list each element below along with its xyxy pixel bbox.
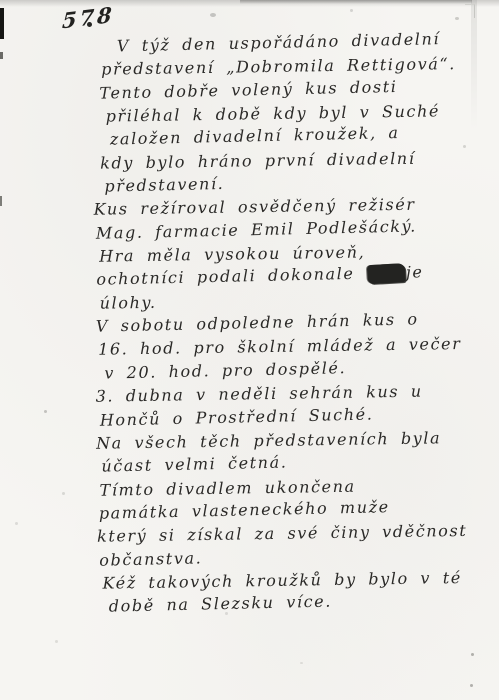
handwritten-text-block: V týž den uspořádáno divadelní představe… xyxy=(0,33,499,622)
corner-smudge xyxy=(465,4,475,18)
dust-speck xyxy=(15,522,18,525)
dust-speck xyxy=(62,492,65,495)
dust-speck xyxy=(470,684,473,687)
dust-speck xyxy=(455,17,459,20)
left-edge-mark xyxy=(0,196,2,206)
scan-shadow-top-dark xyxy=(240,0,472,4)
dust-speck xyxy=(44,410,47,413)
crossed-out-word: svo xyxy=(367,264,406,285)
page-number: 578 xyxy=(62,2,116,34)
dust-speck xyxy=(236,40,239,43)
ink-dot xyxy=(87,22,92,27)
dust-speck xyxy=(210,13,216,17)
scanned-page: 578 V týž den uspořádáno divadelní předs… xyxy=(0,0,499,700)
dust-speck xyxy=(300,662,303,664)
dust-speck xyxy=(463,145,466,148)
line-text: je xyxy=(406,263,424,282)
left-edge-mark xyxy=(0,52,3,59)
dust-speck xyxy=(225,612,228,615)
left-edge-black-bar xyxy=(0,8,4,39)
dust-speck xyxy=(350,9,353,12)
line-text: ochotníci podali dokonale xyxy=(96,264,355,289)
dust-speck xyxy=(55,640,58,643)
dust-speck xyxy=(471,653,474,656)
